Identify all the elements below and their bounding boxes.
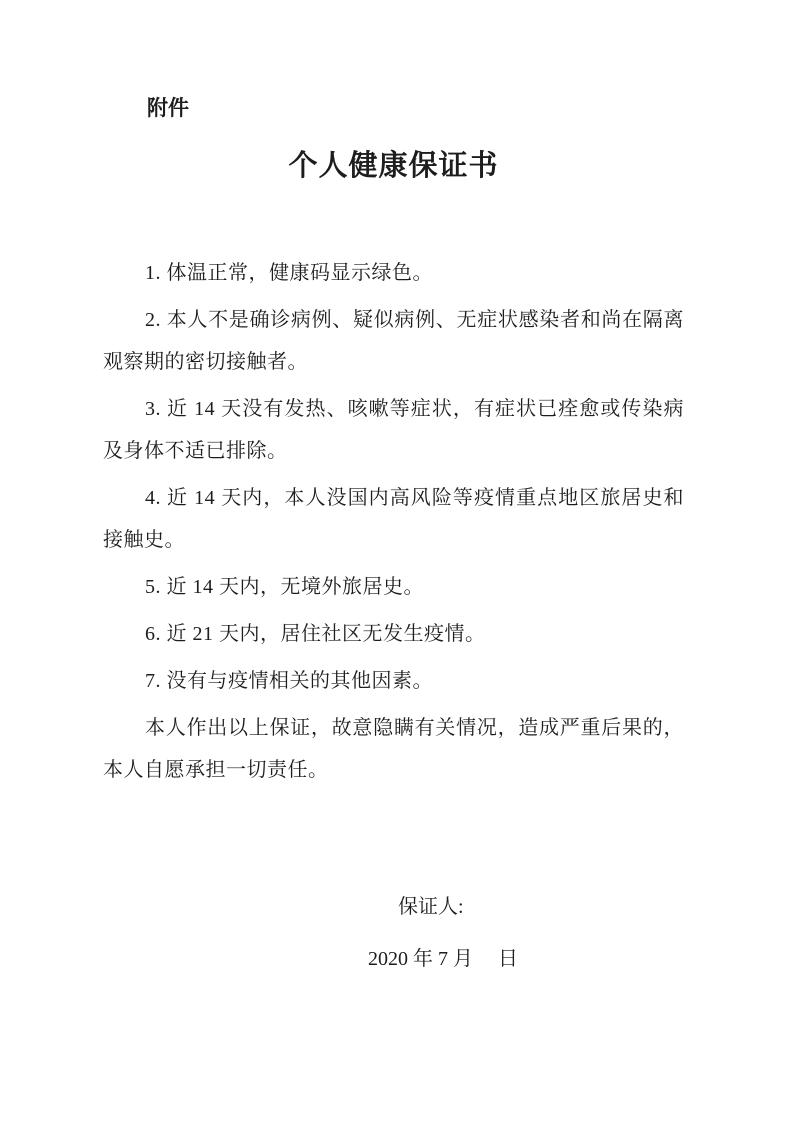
date-line: 2020 年 7 月 日 [368,938,684,980]
signature-block: 保证人: 2020 年 7 月 日 [103,886,684,980]
page-title: 个人健康保证书 [103,147,684,185]
closing-paragraph: 本人作出以上保证，故意隐瞒有关情况，造成严重后果的，本人自愿承担一切责任。 [103,707,684,791]
signature-label: 保证人: [398,886,684,928]
clause-5: 5. 近 14 天内，无境外旅居史。 [103,566,684,608]
clause-3: 3. 近 14 天没有发热、咳嗽等症状，有症状已痊愈或传染病及身体不适已排除。 [103,388,684,472]
clause-7: 7. 没有与疫情相关的其他因素。 [103,660,684,702]
document-page: 附件 个人健康保证书 1. 体温正常，健康码显示绿色。 2. 本人不是确诊病例、… [0,0,794,1123]
clause-2: 2. 本人不是确诊病例、疑似病例、无症状感染者和尚在隔离观察期的密切接触者。 [103,299,684,383]
clause-list: 1. 体温正常，健康码显示绿色。 2. 本人不是确诊病例、疑似病例、无症状感染者… [103,252,684,791]
document-content: 附件 个人健康保证书 1. 体温正常，健康码显示绿色。 2. 本人不是确诊病例、… [0,0,794,980]
clause-4: 4. 近 14 天内，本人没国内高风险等疫情重点地区旅居史和接触史。 [103,477,684,561]
clause-6: 6. 近 21 天内，居住社区无发生疫情。 [103,613,684,655]
clause-1: 1. 体温正常，健康码显示绿色。 [103,252,684,294]
attachment-label: 附件 [103,95,684,123]
